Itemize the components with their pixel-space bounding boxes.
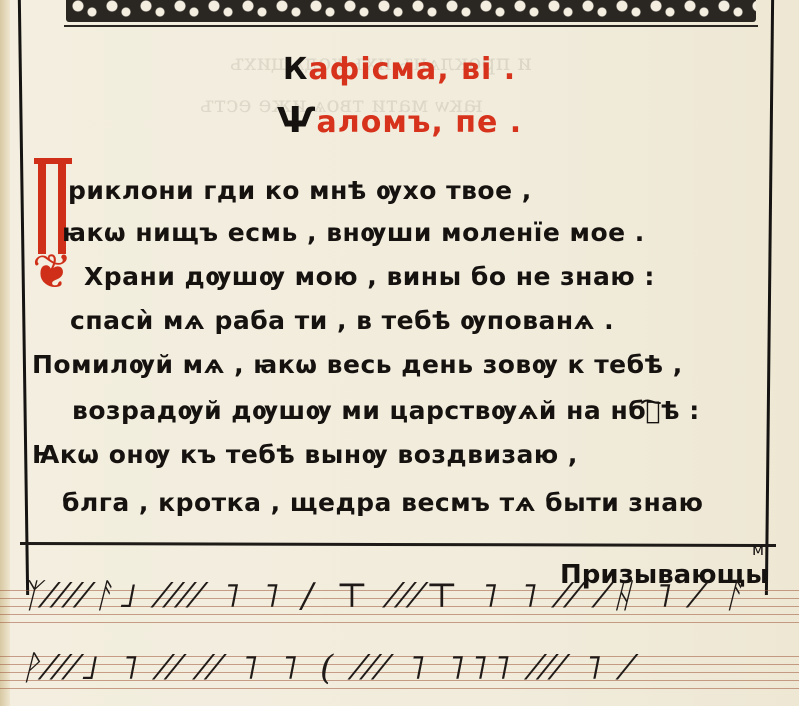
neume-notes-row-1: ᛉ⁄⁄⁄⁄ᚨ˩ ⁄⁄⁄⁄ ˥ ˥ / ⊤ ⁄⁄⁄⊤ ˥ ˥ ⁄⁄ ⁄ᚺ ˥ ⁄ …: [20, 576, 749, 616]
verse-line-3: Храни дѹшѹ мою , вины бо не знаю :: [84, 262, 655, 291]
headpiece-ornament: [66, 0, 756, 22]
neume-notes-row-2: ᚹ⁄⁄⁄˩ ˥ ⁄⁄ ⁄⁄ ˥ ˥ ( ⁄⁄⁄ ˥ ˥˥˥ ⁄⁄⁄ ˥ ⁄: [20, 648, 636, 688]
verse-line-2: ꙗкѡ нищъ есмь , внѹши моленїе мое .: [62, 218, 645, 247]
kathisma-title: афісма: [308, 52, 437, 87]
verse-line-7: Ꙗкѡ онѹ къ тебѣ вынѹ воздвизаю ,: [32, 440, 578, 469]
psalm-sign: Ѱ: [277, 100, 317, 141]
psalm-title: аломъ: [317, 105, 432, 140]
book-page: и проклѧнъ ихъ ходѧщихъ ꙗкѡ мати твоѧ иж…: [0, 0, 799, 706]
catchword-mark: м: [752, 540, 764, 559]
psalm-number: , пе .: [431, 105, 522, 140]
kathisma-initial: К: [283, 52, 309, 87]
headpiece-rule: [64, 25, 758, 27]
kathisma-heading: Кафісма, ві .: [0, 52, 799, 87]
verse-line-1: риклони гди ко мнѣ ѹхо твое ,: [68, 176, 532, 205]
verse-line-8: блга , кротка , щедра весмъ тѧ быти знаю: [62, 488, 703, 517]
drop-cap-flourish: ❦: [32, 248, 72, 296]
verse-line-5: Помилѹй мѧ , ꙗкѡ весь день зовѹ к тебѣ ,: [32, 350, 683, 379]
text-frame-left-border: [18, 0, 29, 595]
psalm-heading: Ѱаломъ, пе .: [0, 100, 799, 141]
kathisma-number: , ві .: [437, 52, 516, 87]
text-frame-right-border: [765, 0, 774, 595]
verse-line-4: спасѝ мѧ раба ти , в тебѣ ѹпованѧ .: [70, 306, 614, 335]
text-block-bottom-rule: [20, 542, 776, 547]
verse-line-6: возрадѹй дѹшѹ ми царствѹѧй на нбⷭ҇ѣ :: [72, 396, 700, 425]
